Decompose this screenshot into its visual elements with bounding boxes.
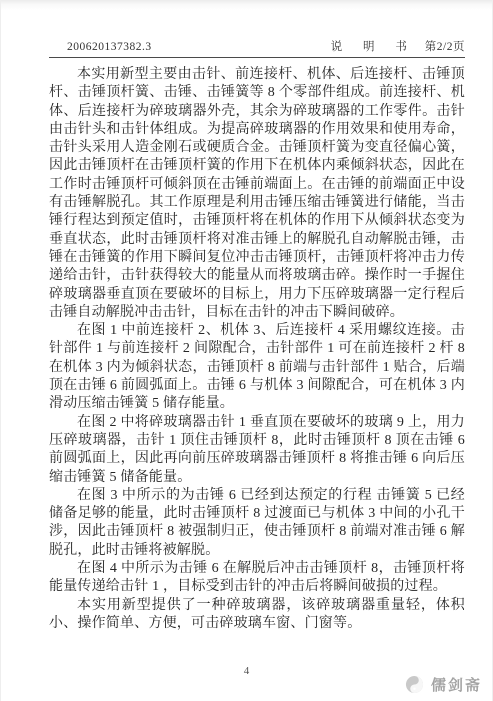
paragraph-summary: 本实用新型提供了一种碎玻璃器，该碎玻璃器重量轻，体积小、操作简单、方便，可击碎玻… bbox=[49, 597, 465, 634]
watermark-text: 儒剑斋 bbox=[431, 674, 482, 695]
specification-body: 本实用新型主要由击针、前连接杆、机体、后连接杆、击锤顶杆、击锤顶杆簧、击锤、击锤… bbox=[49, 66, 465, 633]
header-divider bbox=[49, 57, 465, 58]
paragraph-overview: 本实用新型主要由击针、前连接杆、机体、后连接杆、击锤顶杆、击锤顶杆簧、击锤、击锤… bbox=[49, 66, 465, 322]
paragraph-figure-4: 在图 4 中所示为击锤 6 在解脱后冲击击锤顶杆 8，击锤顶杆将能量传递给击针 … bbox=[49, 560, 465, 597]
document-title: 说 明 书 bbox=[331, 41, 416, 53]
application-number: 200620137382.3 bbox=[49, 41, 152, 53]
paragraph-figure-1: 在图 1 中前连接杆 2、机体 3、后连接杆 4 采用螺纹连接。击针部件 1 与… bbox=[49, 322, 465, 413]
page-indicator: 第2/2页 bbox=[425, 41, 465, 53]
swirl-logo-icon bbox=[405, 675, 424, 694]
paragraph-figure-2: 在图 2 中将碎玻璃器击针 1 垂直顶在要破坏的玻璃 9 上，用力压碎玻璃器，击… bbox=[49, 414, 465, 487]
watermark: 儒剑斋 bbox=[405, 674, 482, 695]
page-header: 200620137382.3 说 明 书 第2/2页 bbox=[49, 38, 465, 54]
header-right: 说 明 书 第2/2页 bbox=[331, 38, 465, 54]
paragraph-figure-3: 在图 3 中所示的为击锤 6 已经到达预定的行程 击锤簧 5 已经储备足够的能量… bbox=[49, 487, 465, 560]
patent-specification-page: 200620137382.3 说 明 书 第2/2页 本实用新型主要由击针、前连… bbox=[0, 0, 493, 701]
